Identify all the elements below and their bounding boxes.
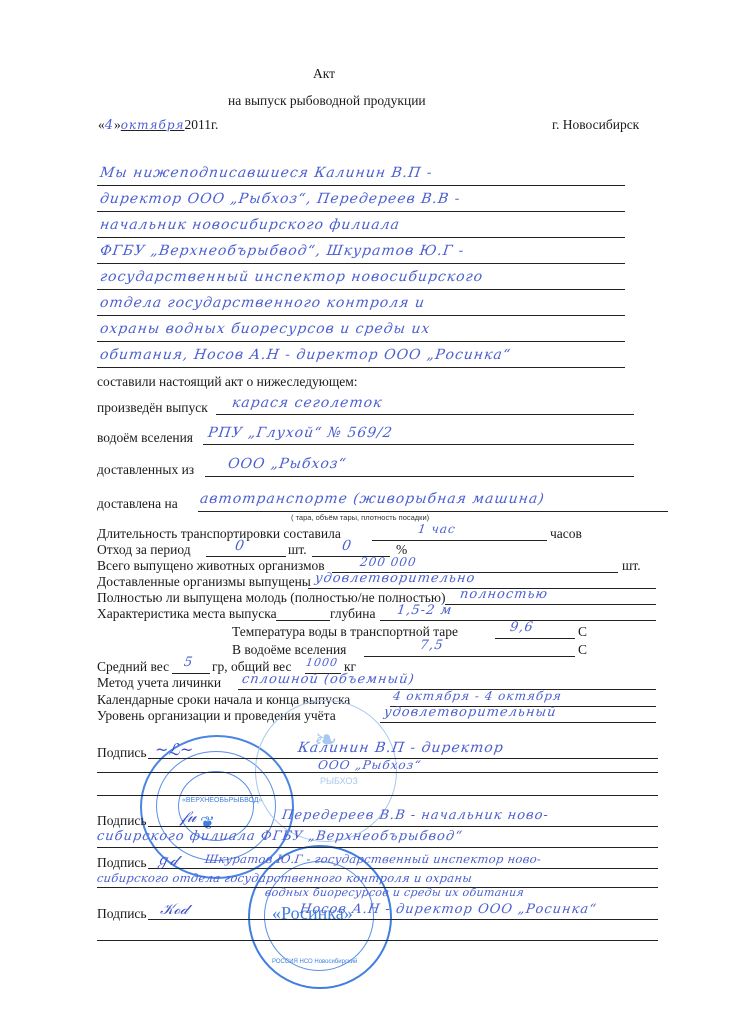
signature-text: водных биоресурсов и среды их обитания xyxy=(264,886,525,899)
site-depth-label: глубина xyxy=(330,606,375,622)
document-subtitle: на выпуск рыбоводной продукции xyxy=(228,93,426,109)
intro-line: начальник новосибирского филиала xyxy=(99,217,401,233)
fully-released-value: полностью xyxy=(459,587,549,602)
intro-line: государственный инспектор новосибирского xyxy=(99,269,484,285)
level-label: Уровень организации и проведения учёта xyxy=(97,708,336,724)
total-label: Всего выпущено животных организмов xyxy=(97,558,325,574)
intro-tail: составили настоящий акт о нижеследующем: xyxy=(97,374,358,390)
intro-line: ФГБУ „Верхнеобърыбвод“, Шкуратов Ю.Г - xyxy=(99,243,466,259)
total-value: 200 000 xyxy=(359,555,418,569)
avg-weight-label: Средний вес xyxy=(97,659,169,675)
signature-text: Передереев В.В - начальник ново- xyxy=(281,808,550,823)
level-value: удовлетворительный xyxy=(383,705,558,720)
date-quote-open: « xyxy=(98,117,105,132)
signature-label: Подпись xyxy=(97,745,147,761)
date-month: октября xyxy=(121,118,185,132)
intro-line: директор ООО „Рыбхоз“, Передереев В.В - xyxy=(99,191,462,207)
stamp-rosinka: «Росинка» РОССИЯ НСО Новосибирский xyxy=(248,845,392,989)
intro-line: охраны водных биоресурсов и среды их xyxy=(99,321,432,337)
signature-scribble: 𝒦ℴ𝒹 xyxy=(160,900,188,918)
date-quote-close: » xyxy=(114,117,121,132)
site-label: Характеристика места выпуска xyxy=(97,606,277,622)
method-label: Метод учета личинки xyxy=(97,675,221,691)
temp-transport-value: 9,6 xyxy=(509,620,535,635)
water-body-label: водоём вселения xyxy=(97,430,193,446)
release-label: произведён выпуск xyxy=(97,400,208,416)
city: г. Новосибирск xyxy=(552,117,639,133)
loss-label: Отход за период xyxy=(97,542,191,558)
stamp3-center-text: РЫБХОЗ xyxy=(320,776,358,786)
duration-unit: часов xyxy=(550,526,582,542)
delivered-on-value: автотранспорте (живорыбная машина) xyxy=(199,491,546,507)
released-state-label: Доставленные организмы выпущены xyxy=(97,574,311,590)
signature-scribble: 𝒻𝓊 xyxy=(180,807,196,827)
duration-value: 1 час xyxy=(417,522,457,536)
signature-label: Подпись xyxy=(97,855,147,871)
water-body-value: РПУ „Глухой“ № 569/2 xyxy=(207,425,394,441)
date-day: 4 xyxy=(105,118,114,133)
site-depth-value: 1,5-2 м xyxy=(396,603,453,618)
signature-scribble: ~ℒ~ xyxy=(155,740,193,759)
signature-text: сибирского филиала ФГБУ „Верхнеобърыбвод… xyxy=(96,829,464,844)
temp-transport-unit: С xyxy=(578,624,587,640)
delivered-on-label: доставлена на xyxy=(97,496,178,512)
total-unit: шт. xyxy=(622,558,641,574)
delivered-from-value: ООО „Рыбхоз“ xyxy=(227,456,348,472)
temp-water-value: 7,5 xyxy=(419,638,445,653)
intro-line: обитания, Носов А.Н - директор ООО „Роси… xyxy=(99,347,512,363)
loss-count-unit: шт. xyxy=(288,542,307,558)
document-title: Акт xyxy=(313,66,335,82)
fully-released-label: Полностью ли выпущена молодь (полностью/… xyxy=(97,590,446,606)
loss-pct-value: 0 xyxy=(341,538,353,554)
avg-weight-value: 5 xyxy=(183,655,194,670)
signature-scribble: ℊ𝒹 xyxy=(155,849,178,870)
signature-text: Шкуратов Ю.Г - государственный инспектор… xyxy=(204,852,542,866)
dates-value: 4 октября - 4 октября xyxy=(392,689,563,703)
signature-text: Калинин В.П - директор xyxy=(297,740,505,756)
signature-label: Подпись xyxy=(97,906,147,922)
signature-text: ООО „Рыбхоз“ xyxy=(317,758,422,772)
dates-label: Календарные сроки начала и конца выпуска xyxy=(97,692,350,708)
stamp1-inner-text: «ВЕРХНЕОБЬРЫБВОД» xyxy=(182,797,252,804)
duration-label: Длительность транспортировки составила xyxy=(97,526,341,542)
release-value: карася сеголеток xyxy=(231,395,384,411)
delivered-from-label: доставленных из xyxy=(97,462,194,478)
temp-water-unit: С xyxy=(578,642,587,658)
method-value: сплошной (объемный) xyxy=(241,672,416,687)
stamp2-ring-text: РОССИЯ НСО Новосибирский xyxy=(272,959,357,965)
delivered-on-hint: ( тара, объём тары, плотность посадки) xyxy=(291,513,429,522)
signature-label: Подпись xyxy=(97,813,147,829)
signature-text: сибирского отдела государственного контр… xyxy=(96,871,473,885)
document-date: «4»октября2011г. xyxy=(98,117,218,134)
intro-line: отдела государственного контроля и xyxy=(99,295,426,311)
intro-line: Мы нижеподписавшиеся Калинин В.П - xyxy=(99,165,434,181)
total-weight-value: 1000 xyxy=(305,656,339,669)
released-state-value: удовлетворительно xyxy=(314,571,476,586)
date-year: 2011г. xyxy=(184,117,218,132)
loss-count-value: 0 xyxy=(234,538,246,554)
signature-text: Носов А.Н - директор ООО „Росинка“ xyxy=(299,902,598,917)
